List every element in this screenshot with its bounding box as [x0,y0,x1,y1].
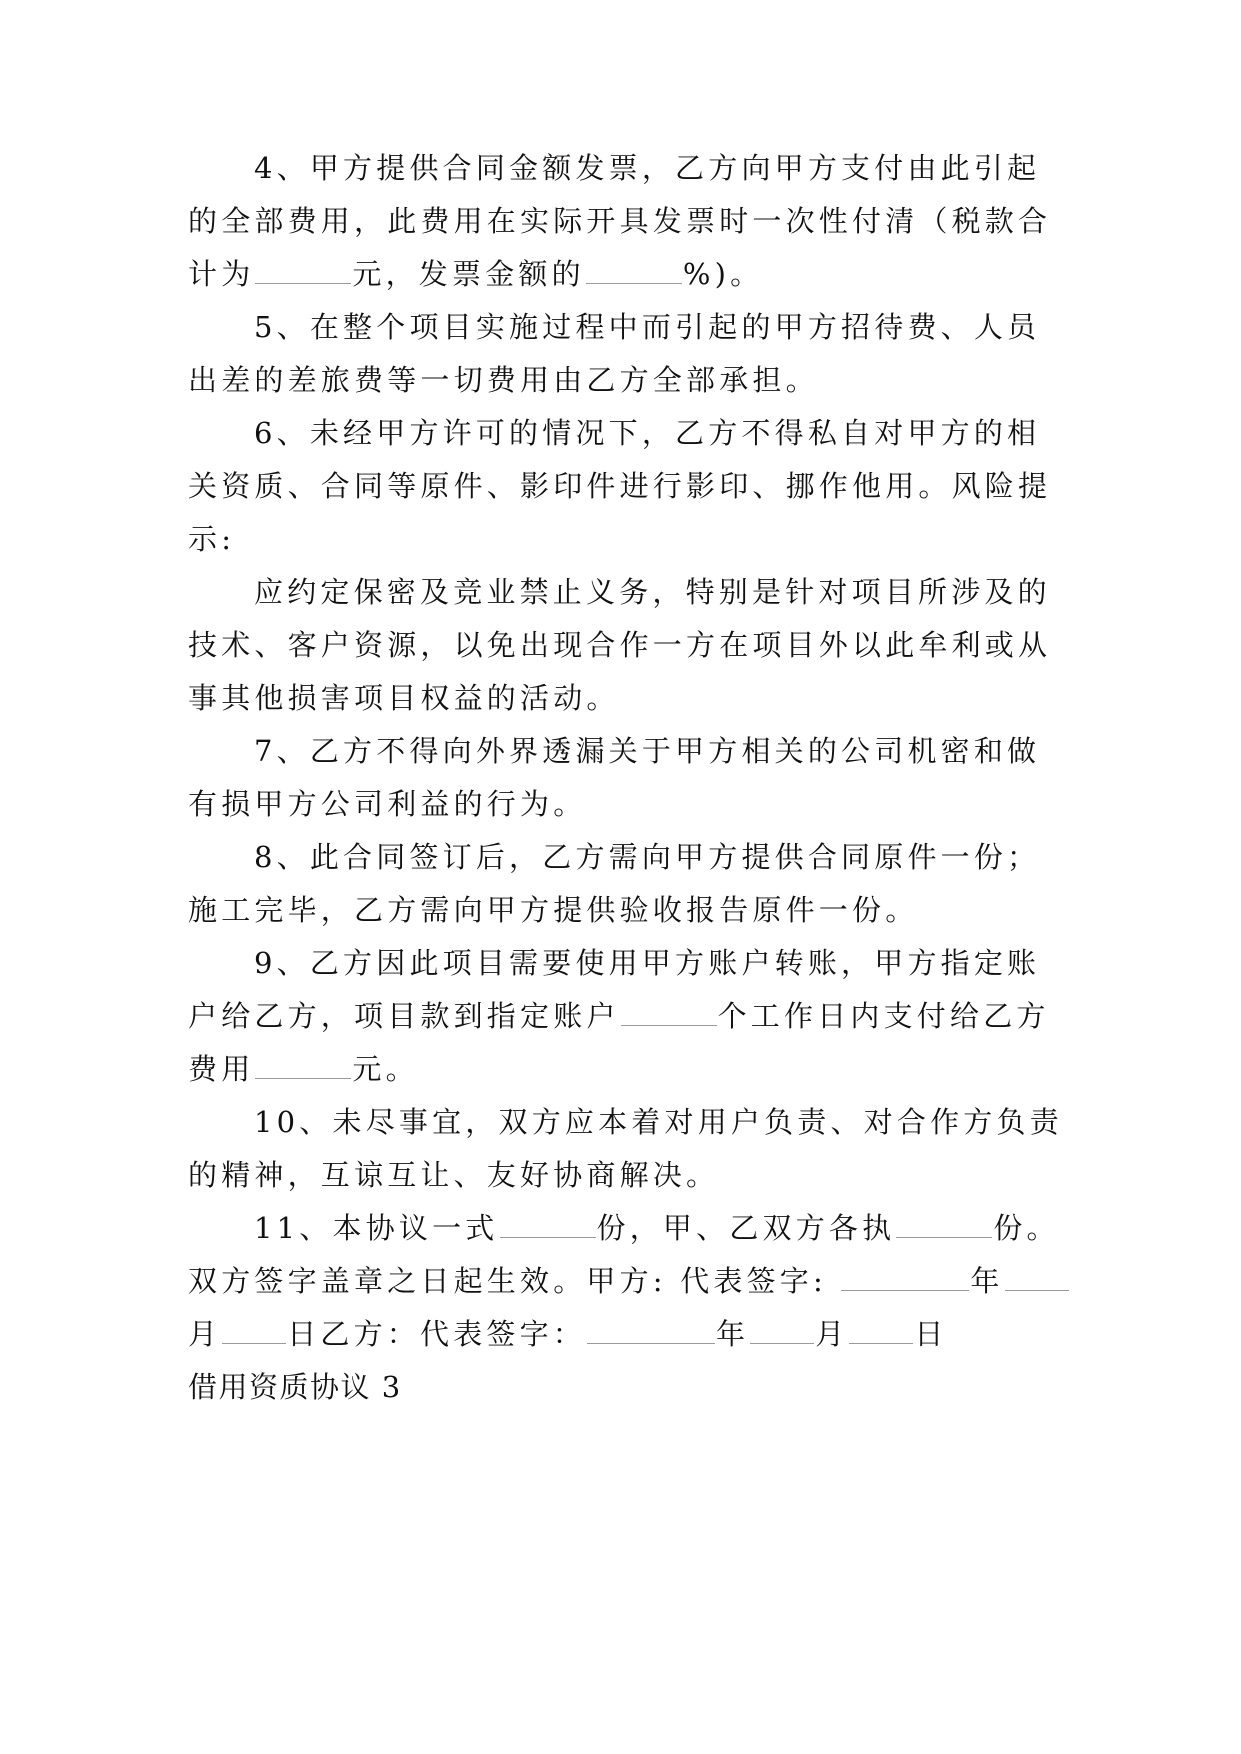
text-segment: 日乙方：代表签字： [287,1317,586,1351]
clause-8-line-1: 8、此合同签订后，乙方需向甲方提供合同原件一份； [254,837,1040,877]
clause-9-line-2: 户给乙方，项目款到指定账户个工作日内支付给乙方 [188,996,1050,1036]
clause-11-line-1: 11、本协议一式份，甲、乙双方各执份。 [254,1208,1060,1248]
blank-field-fee-amount[interactable] [255,1052,351,1079]
blank-field-party-a-month[interactable] [1005,1264,1069,1291]
document-page: 4、甲方提供合同金额发票，乙方向甲方支付由此引起 的全部费用，此费用在实际开具发… [0,0,1241,1754]
text-segment: 费用 [188,1052,254,1086]
section-title: 借用资质协议 3 [188,1367,402,1407]
clause-7-line-2: 有损甲方公司利益的行为。 [188,784,586,824]
blank-field-party-b-signature[interactable] [587,1317,715,1344]
clause-5-line-2: 出差的差旅费等一切费用由乙方全部承担。 [188,360,819,400]
risk-note-line-2: 技术、客户资源，以免出现合作一方在项目外以此牟利或从 [188,625,1051,665]
blank-field-working-days[interactable] [621,999,717,1026]
blank-field-party-a-signature[interactable] [841,1264,969,1291]
text-segment: 月 [815,1317,848,1351]
clause-9-line-1: 9、乙方因此项目需要使用甲方账户转账，甲方指定账 [254,943,1040,983]
clause-4-line-2: 的全部费用，此费用在实际开具发票时一次性付清（税款合 [188,201,1051,241]
clause-7-line-1: 7、乙方不得向外界透漏关于甲方相关的公司机密和做 [254,731,1040,771]
clause-4-line-3: 计为元，发票金额的%)。 [188,254,763,294]
text-segment: 份。 [993,1211,1059,1245]
text-segment: 计为 [188,257,254,291]
text-segment: 个工作日内支付给乙方 [718,999,1050,1033]
text-segment: 双方签字盖章之日起生效。甲方: 代表签字: [188,1264,840,1298]
text-segment: %)。 [683,257,763,291]
blank-field-copies-each[interactable] [896,1211,992,1238]
clause-8-line-2: 施工完毕，乙方需向甲方提供验收报告原件一份。 [188,890,918,930]
text-segment: 份，甲、乙双方各执 [597,1211,896,1245]
blank-field-party-b-day[interactable] [849,1317,913,1344]
clause-11-line-3: 月日乙方：代表签字：年月日 [188,1314,948,1354]
clause-5-line-1: 5、在整个项目实施过程中而引起的甲方招待费、人员 [254,307,1040,347]
blank-field-tax-amount[interactable] [255,257,351,284]
text-segment: 户给乙方，项目款到指定账户 [188,999,620,1033]
clause-4-line-1: 4、甲方提供合同金额发票，乙方向甲方支付由此引起 [254,148,1040,188]
clause-10-line-1: 10、未尽事宜，双方应本着对用户负责、对合作方负责 [254,1102,1063,1142]
blank-field-party-b-month[interactable] [750,1317,814,1344]
text-segment: 元，发票金额的 [352,257,584,291]
text-segment: 年 [970,1264,1003,1298]
text-segment: 11、本协议一式 [254,1211,499,1245]
blank-field-party-a-day[interactable] [222,1317,286,1344]
blank-field-invoice-percent[interactable] [586,257,682,284]
risk-note-line-1: 应约定保密及竞业禁止义务，特别是针对项目所涉及的 [254,572,1051,612]
clause-9-line-3: 费用元。 [188,1049,419,1089]
risk-note-line-3: 事其他损害项目权益的活动。 [188,678,620,718]
clause-6-line-2: 关资质、合同等原件、影印件进行影印、挪作他用。风险提 [188,466,1051,506]
text-segment: 日 [914,1317,947,1351]
clause-11-line-2: 双方签字盖章之日起生效。甲方: 代表签字: 年 [188,1261,1070,1301]
clause-6-line-3: 示: [188,519,235,559]
text-segment: 元。 [352,1052,418,1086]
clause-10-line-2: 的精神，互谅互让、友好协商解决。 [188,1155,719,1195]
text-segment: 年 [716,1317,749,1351]
blank-field-total-copies[interactable] [500,1211,596,1238]
text-segment: 月 [188,1317,221,1351]
clause-6-line-1: 6、未经甲方许可的情况下，乙方不得私自对甲方的相 [254,413,1040,453]
